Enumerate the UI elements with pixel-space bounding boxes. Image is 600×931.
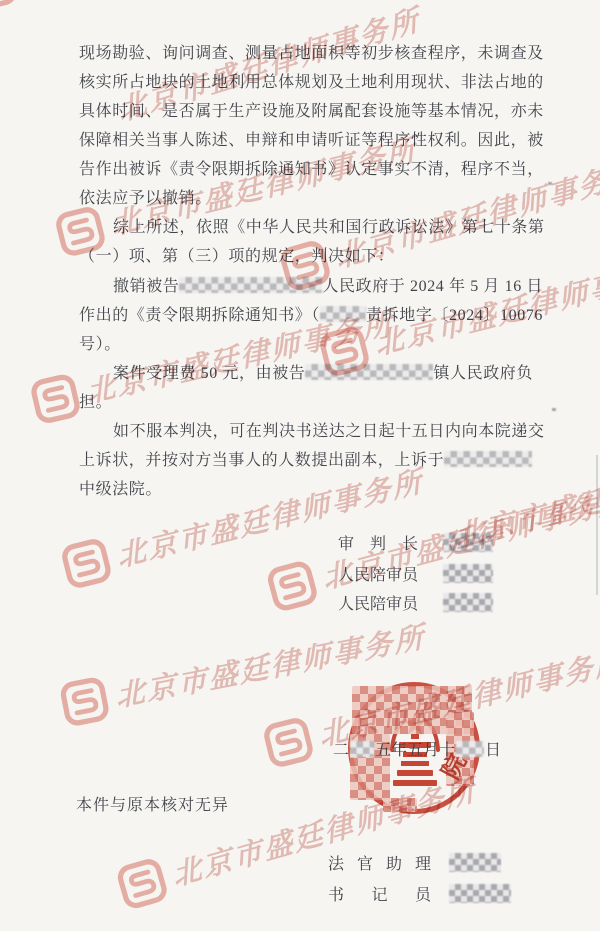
body-line: 现场勘验、询问调查、测量占地面积等初步核查程序，未调查及 bbox=[79, 44, 544, 63]
body-text: 如不服本判决，可在判决书送达之日起十五日内向本院递交 bbox=[113, 423, 545, 440]
judgment-page: 北京市盛廷律师事务所北京市盛廷律师事务所北京市盛廷律师事务所北京市盛廷律师事务所… bbox=[0, 0, 600, 931]
scan-spot bbox=[552, 408, 556, 411]
date-text: 五年五月十 bbox=[375, 737, 455, 760]
body-text: 综上所述，依照《中华人民共和国行政诉讼法》第七十条第 bbox=[113, 219, 545, 236]
redacted-text bbox=[179, 277, 322, 293]
label-char: 陪 bbox=[370, 591, 386, 614]
label-char: 人 bbox=[338, 562, 354, 585]
body-line: 号）。 bbox=[79, 335, 121, 354]
body-line: 中级法院。 bbox=[79, 480, 162, 499]
body-text: 保障相关当事人陈述、申辩和申请听证等程序性权利。因此，被 bbox=[79, 132, 544, 149]
label-char: 理 bbox=[415, 851, 431, 874]
body-line: 担。 bbox=[79, 393, 112, 412]
body-text: 现场勘验、询问调查、测量占地面积等初步核查程序，未调查及 bbox=[79, 45, 544, 62]
redacted-text bbox=[444, 451, 532, 467]
body-line: 具体时间、是否属于生产设施及附属配套设施等基本情况，亦未 bbox=[79, 102, 544, 121]
date-text: 日 bbox=[485, 737, 501, 760]
date-text: 二 bbox=[333, 737, 349, 760]
label-char: 员 bbox=[402, 591, 418, 614]
label-char: 法 bbox=[328, 851, 344, 874]
judge-name-redacted bbox=[443, 593, 493, 612]
label-char: 判 bbox=[370, 531, 386, 554]
label-char: 记 bbox=[371, 882, 387, 905]
label-char: 书 bbox=[328, 882, 344, 905]
body-text: 责拆地字〔2024〕10076 bbox=[366, 307, 543, 324]
body-text: 具体时间、是否属于生产设施及附属配套设施等基本情况，亦未 bbox=[79, 103, 544, 120]
seal-redaction-mosaic bbox=[383, 798, 417, 812]
label-char: 官 bbox=[357, 851, 373, 874]
clerk-role-label: 法官助理 bbox=[328, 851, 431, 874]
date-redacted bbox=[350, 741, 374, 757]
clerk-name-redacted bbox=[449, 853, 501, 872]
redacted-text bbox=[320, 306, 366, 322]
verification-note: 本件与原本核对无异 bbox=[76, 796, 229, 815]
shengting-logo-icon bbox=[0, 0, 20, 13]
body-text: 号）。 bbox=[79, 336, 121, 353]
law-firm-watermark bbox=[0, 0, 20, 13]
body-line: 综上所述，依照《中华人民共和国行政诉讼法》第七十条第 bbox=[113, 218, 545, 237]
clerk-row: 书记员 bbox=[328, 882, 511, 905]
label-char: 审 bbox=[338, 531, 354, 554]
judge-name-redacted bbox=[443, 564, 493, 583]
body-line: 告作出被诉《责令限期拆除通知书》认定事实不清，程序不当， bbox=[79, 160, 544, 179]
judge-name-redacted bbox=[443, 533, 493, 552]
body-line: 作出的《责令限期拆除通知书》（责拆地字〔2024〕10076 bbox=[79, 306, 543, 325]
body-text: 人民政府于 2024 年 5 月 16 日 bbox=[322, 278, 543, 295]
date-redacted bbox=[456, 741, 484, 757]
scan-spot bbox=[548, 182, 552, 185]
shengting-logo-icon bbox=[264, 557, 320, 613]
label-char: 陪 bbox=[370, 562, 386, 585]
clerk-name-redacted bbox=[449, 884, 511, 903]
label-char: 员 bbox=[415, 882, 431, 905]
label-char: 长 bbox=[402, 531, 418, 554]
body-line: 核实所占地块的土地利用总体规划及土地利用现状、非法占地的 bbox=[79, 73, 544, 92]
body-text: 担。 bbox=[79, 394, 112, 411]
judge-role-label: 人民陪审员 bbox=[338, 591, 418, 614]
body-text: 撤销被告 bbox=[113, 278, 179, 295]
judge-row: 审判长 bbox=[338, 531, 493, 554]
body-line: 如不服本判决，可在判决书送达之日起十五日内向本院递交 bbox=[113, 422, 545, 441]
body-line: （一）项、第（三）项的规定，判决如下： bbox=[79, 247, 394, 266]
label-char: 审 bbox=[386, 562, 402, 585]
body-line: 撤销被告人民政府于 2024 年 5 月 16 日 bbox=[113, 277, 543, 296]
body-line: 保障相关当事人陈述、申辩和申请听证等程序性权利。因此，被 bbox=[79, 131, 544, 150]
body-line: 依法应予以撤销。 bbox=[79, 189, 212, 208]
body-text: 中级法院。 bbox=[79, 481, 162, 498]
body-text: 作出的《责令限期拆除通知书》（ bbox=[79, 307, 320, 324]
label-char: 民 bbox=[354, 562, 370, 585]
court-date: 二五年五月十日 bbox=[333, 737, 501, 760]
judge-row: 人民陪审员 bbox=[338, 591, 493, 614]
body-text: 上诉状，并按对方当事人的人数提出副本，上诉于 bbox=[79, 452, 444, 469]
shengting-logo-icon bbox=[28, 371, 83, 426]
body-text: 依法应予以撤销。 bbox=[79, 190, 212, 207]
label-char: 民 bbox=[354, 591, 370, 614]
label-char: 审 bbox=[386, 591, 402, 614]
shengting-logo-icon bbox=[58, 535, 114, 591]
watermark-text: 北京市盛廷律师事务所 bbox=[114, 459, 425, 576]
shengting-logo-icon bbox=[58, 674, 112, 728]
clerk-row: 法官助理 bbox=[328, 851, 501, 874]
body-line: 案件受理费 50 元，由被告镇人民政府负 bbox=[113, 364, 533, 383]
redacted-text bbox=[305, 364, 433, 380]
body-text: 告作出被诉《责令限期拆除通知书》认定事实不清，程序不当， bbox=[79, 161, 544, 178]
body-text: 镇人民政府负 bbox=[433, 365, 533, 382]
body-text: （一）项、第（三）项的规定，判决如下： bbox=[79, 248, 394, 265]
body-line: 上诉状，并按对方当事人的人数提出副本，上诉于 bbox=[79, 451, 532, 470]
scan-edge-line bbox=[596, 455, 598, 595]
label-char: 人 bbox=[338, 591, 354, 614]
label-char: 助 bbox=[386, 851, 402, 874]
body-text: 核实所占地块的土地利用总体规划及土地利用现状、非法占地的 bbox=[79, 74, 544, 91]
body-text: 案件受理费 50 元，由被告 bbox=[113, 365, 305, 382]
judge-role-label: 审判长 bbox=[338, 531, 418, 554]
judge-role-label: 人民陪审员 bbox=[338, 562, 418, 585]
clerk-role-label: 书记员 bbox=[328, 882, 431, 905]
shengting-logo-icon bbox=[114, 855, 171, 912]
shengting-logo-icon bbox=[260, 714, 316, 770]
judge-row: 人民陪审员 bbox=[338, 562, 493, 585]
label-char: 员 bbox=[402, 562, 418, 585]
